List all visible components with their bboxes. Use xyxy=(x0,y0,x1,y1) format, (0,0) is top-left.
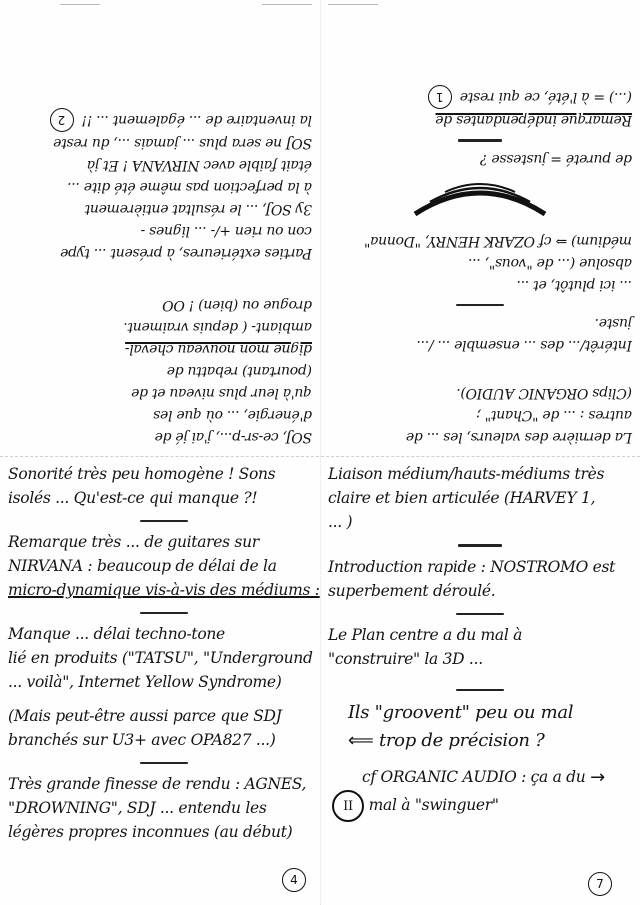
separator-dash xyxy=(140,612,188,614)
separator-dash xyxy=(456,689,504,691)
handwritten-line: La dernière des valeurs, les ... de xyxy=(328,426,632,448)
handwritten-line: NIRVANA : beaucoup de délai de la xyxy=(8,554,320,578)
handwritten-line: drogue ou (bien) ! OO xyxy=(8,294,312,316)
handwritten-line: Le Plan centre a du mal à xyxy=(328,623,632,647)
handwritten-line: qu'à leur plus niveau et de xyxy=(8,382,312,404)
emphasis-swoosh-drawing xyxy=(405,178,555,222)
handwritten-text: cf ORGANIC AUDIO : ça a du xyxy=(362,768,585,786)
handwritten-text: (...) = à l'été, ce qui reste xyxy=(460,89,632,105)
scan-edge-mark xyxy=(262,4,312,5)
note-block: Ils "groovent" peu ou mal ⟸ trop de préc… xyxy=(328,699,632,755)
page-number-circle: 2 xyxy=(50,108,74,132)
handwritten-line: la inventaire de ... également ... !! 2 xyxy=(8,108,312,132)
handwritten-line: ... voilà", Internet Yellow Syndrome) xyxy=(8,670,320,694)
handwritten-line: (pourtant) rebattu de xyxy=(8,360,312,382)
handwritten-text: la inventaire de ... également ... !! xyxy=(82,112,312,128)
handwritten-line: (Mais peut-être aussi parce que SDJ xyxy=(8,704,320,728)
handwritten-line: (...) = à l'été, ce qui reste 1 xyxy=(328,85,632,109)
handwritten-line: II mal à "swinguer" xyxy=(328,790,632,822)
note-block: Sonorité très peu homogène ! Sons isolés… xyxy=(8,462,320,510)
handwritten-line: Parties extérieures, à présent ... type xyxy=(8,242,312,264)
page-number-circle: 4 xyxy=(282,868,306,892)
scan-edge-mark xyxy=(328,4,378,5)
scanned-page: SOJ, ce-sr-p..., j'ai jé de d'énergie, .… xyxy=(0,0,640,905)
handwritten-line: ambiant- ( depuis vraiment. xyxy=(8,316,312,338)
handwritten-line: Intérêt/... des ... ensemble ... /... xyxy=(328,334,632,356)
handwritten-line: légères propres inconnues (au début) xyxy=(8,820,320,844)
handwritten-line: absolue (... de "vous", ... xyxy=(328,252,632,274)
scan-edge-mark xyxy=(60,4,100,5)
note-block: Remarque très ... de guitares sur NIRVAN… xyxy=(8,530,320,602)
handwritten-line: "construire" la 3D ... xyxy=(328,647,632,671)
note-block: Très grande finesse de rendu : AGNES, "D… xyxy=(8,772,320,844)
page-number-circle: 7 xyxy=(588,872,612,896)
handwritten-line: ⟸ trop de précision ? xyxy=(348,727,632,755)
double-arrow-left-icon: ⟸ xyxy=(348,730,374,751)
handwritten-line: cf ORGANIC AUDIO : ça a du → xyxy=(328,765,632,790)
separator-dash xyxy=(458,139,502,142)
handwritten-line: Manque ... délai techno-tone xyxy=(8,622,320,646)
handwritten-text: mal à "swinguer" xyxy=(369,796,499,814)
separator-dash xyxy=(456,304,504,306)
separator-dash xyxy=(140,762,188,764)
horizontal-fold-line xyxy=(0,456,640,457)
note-block: Liaison médium/hauts-médiums très claire… xyxy=(328,462,632,534)
note-block: Introduction rapide : NOSTROMO est super… xyxy=(328,555,632,603)
handwritten-line: Liaison médium/hauts-médiums très xyxy=(328,462,632,486)
handwritten-line: Ils "groovent" peu ou mal xyxy=(348,699,632,727)
separator-dash xyxy=(140,520,188,522)
separator-dash xyxy=(458,544,502,547)
handwritten-line: micro-dynamique vis-à-vis des médiums : xyxy=(8,578,320,602)
handwritten-line: branchés sur U3+ avec OPA827 ...) xyxy=(8,728,320,752)
handwritten-line: SOJ ne sera plus ... jamais ..., du rest… xyxy=(8,132,312,154)
handwritten-line: juste. xyxy=(328,312,632,334)
handwritten-line: digne mon nouveau cheval- xyxy=(8,338,312,360)
handwritten-line: ... ici plutôt, et ... xyxy=(328,274,632,296)
handwritten-line: Introduction rapide : NOSTROMO est xyxy=(328,555,632,579)
separator-dash xyxy=(456,613,504,615)
handwritten-line: SOJ, ce-sr-p..., j'ai jé de xyxy=(8,426,312,448)
handwritten-line: con ou rien +/- ... lignes - xyxy=(8,220,312,242)
handwritten-line: Très grande finesse de rendu : AGNES, xyxy=(8,772,320,796)
handwritten-line: Sonorité très peu homogène ! Sons xyxy=(8,462,320,486)
handwritten-line: de pureté = justesse ? xyxy=(328,148,632,170)
handwritten-line: ... ) xyxy=(328,510,632,534)
handwritten-line: d'énergie, ... où que les xyxy=(8,404,312,426)
vertical-fold-line xyxy=(320,0,321,905)
handwritten-line: claire et bien articulée (HARVEY 1, xyxy=(328,486,632,510)
handwritten-line: superbement déroulé. xyxy=(328,579,632,603)
section-marker-circle: II xyxy=(332,790,364,822)
handwritten-line: (Clips ORGANIC AUDIO). xyxy=(328,382,632,404)
handwritten-line: "DROWNING", SDJ ... entendu les xyxy=(8,796,320,820)
handwritten-line: autres : ... de "Chant" ; xyxy=(328,404,632,426)
handwritten-line: isolés ... Qu'est-ce qui manque ?! xyxy=(8,486,320,510)
handwritten-text: trop de précision ? xyxy=(379,730,545,751)
note-block: Manque ... délai techno-tone lié en prod… xyxy=(8,622,320,694)
handwritten-line: à la perfection pas même été dite ... xyxy=(8,176,312,198)
note-block: (Mais peut-être aussi parce que SDJ bran… xyxy=(8,704,320,752)
handwritten-line: 3y SOJ, ... le résultat entièrement xyxy=(8,198,312,220)
handwritten-line: médium) ⇒ cf OZARK HENRY, "Donna" xyxy=(328,230,632,252)
quadrant-bottom-left: Sonorité très peu homogène ! Sons isolés… xyxy=(8,462,320,902)
note-block: cf ORGANIC AUDIO : ça a du → II mal à "s… xyxy=(328,765,632,822)
quadrant-top-right: La dernière des valeurs, les ... de autr… xyxy=(328,8,632,448)
note-block: Le Plan centre a du mal à "construire" l… xyxy=(328,623,632,671)
handwritten-line: Remarque indépendantes de xyxy=(328,109,632,131)
page-number-circle: 1 xyxy=(428,85,452,109)
handwritten-line: lié en produits ("TATSU", "Underground xyxy=(8,646,320,670)
arrow-right-icon: → xyxy=(590,767,605,788)
quadrant-bottom-right: Liaison médium/hauts-médiums très claire… xyxy=(328,462,632,902)
quadrant-top-left: SOJ, ce-sr-p..., j'ai jé de d'énergie, .… xyxy=(8,8,312,448)
handwritten-line: Remarque très ... de guitares sur xyxy=(8,530,320,554)
handwritten-line: était faible avec NIRVANA ! Et jà xyxy=(8,154,312,176)
